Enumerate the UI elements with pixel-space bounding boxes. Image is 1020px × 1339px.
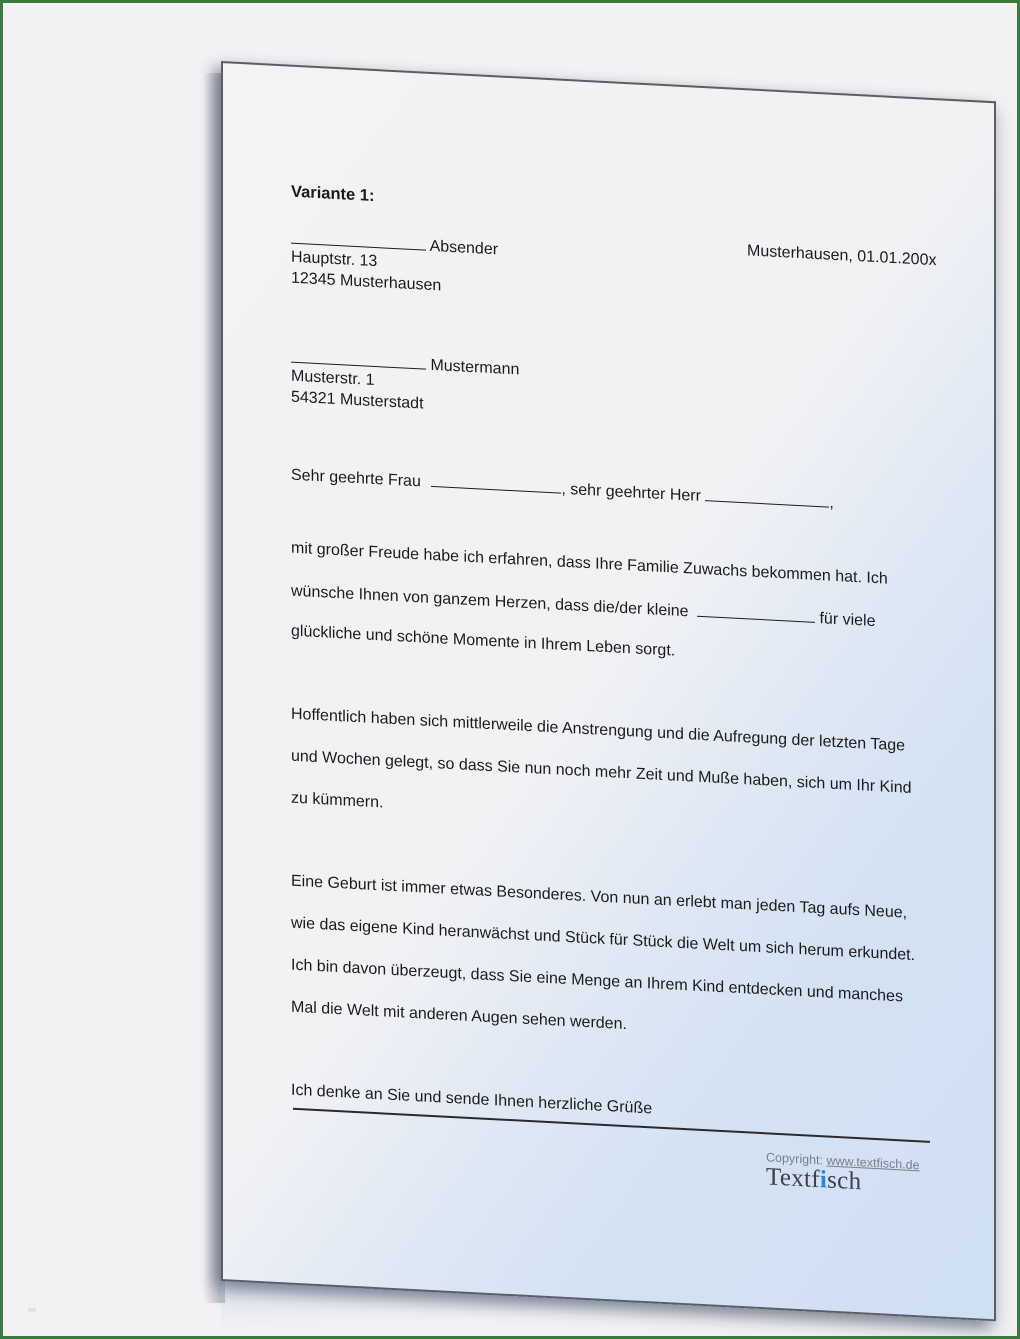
- faint-mark: [28, 1308, 36, 1312]
- paragraph1-line2-end: für viele: [819, 610, 875, 630]
- logo-text-start: Textf: [766, 1163, 820, 1193]
- canvas: Variante 1: Absender Hauptstr. 13 12345 …: [3, 3, 1017, 1336]
- sender-name-label: Absender: [430, 238, 499, 259]
- logo-text-end: sch: [827, 1167, 861, 1196]
- recipient-name-label: Mustermann: [430, 357, 519, 379]
- salutation-comma: ,: [829, 495, 833, 512]
- document-page: Variante 1: Absender Hauptstr. 13 12345 …: [221, 61, 996, 1321]
- textfisch-logo: Textfisch: [766, 1163, 861, 1196]
